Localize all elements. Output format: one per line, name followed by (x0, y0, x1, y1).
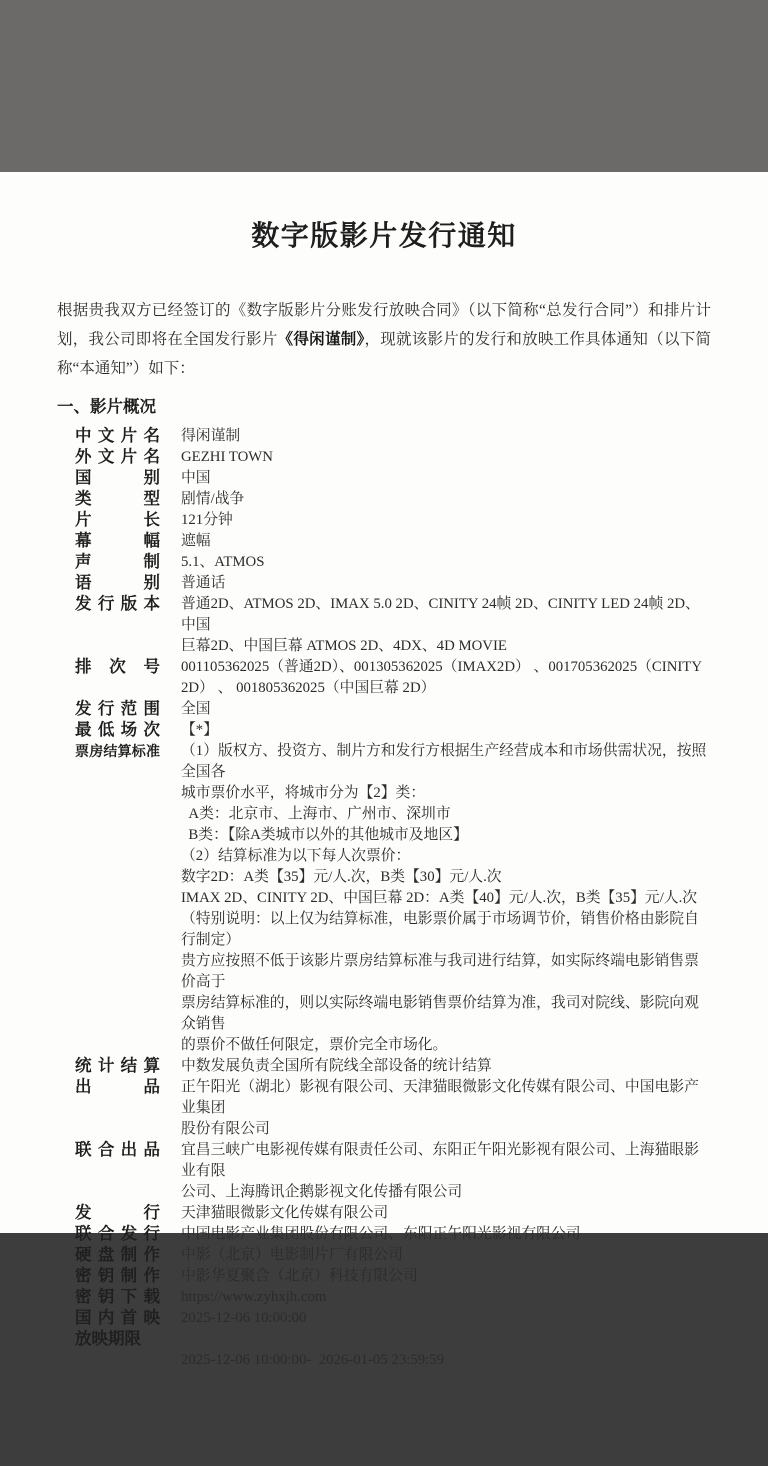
field-value: 5.1、ATMOS (181, 552, 711, 573)
field-label: 发行版本 (75, 594, 160, 615)
field-label: 最低场次 (75, 720, 160, 741)
field-label: 声制 (75, 552, 160, 573)
field-label: 国别 (75, 468, 160, 489)
field-label: 排次号 (75, 657, 160, 678)
field-value: 121分钟 (181, 510, 711, 531)
field-row: 幕幅 遮幅 (75, 531, 711, 552)
field-row: 出品 正午阳光（湖北）影视有限公司、天津猫眼微影文化传媒有限公司、中国电影产业集… (75, 1077, 711, 1140)
field-value: 遮幅 (181, 531, 711, 552)
document-page: 数字版影片发行通知 根据贵我双方已经签订的《数字版影片分账发行放映合同》（以下简… (0, 172, 768, 1233)
top-gray-band (0, 0, 768, 172)
field-value: 中影华夏聚合（北京）科技有限公司 (181, 1266, 711, 1287)
document-photo: 数字版影片发行通知 根据贵我双方已经签订的《数字版影片分账发行放映合同》（以下简… (0, 0, 768, 1466)
field-value: 【*】 (181, 720, 711, 741)
field-row: 排次号 001105362025（普通2D）、001305362025（IMAX… (75, 657, 711, 699)
field-label: 类型 (75, 489, 160, 510)
field-label: 外文片名 (75, 447, 160, 468)
field-row: 发行范围 全国 (75, 699, 711, 720)
field-row: 发行版本 普通2D、ATMOS 2D、IMAX 5.0 2D、CINITY 24… (75, 594, 711, 657)
field-row: 国别 中国 (75, 468, 711, 489)
field-label: 密钥下载 (75, 1287, 160, 1308)
field-value: 全国 (181, 699, 711, 720)
intro-paragraph: 根据贵我双方已经签订的《数字版影片分账发行放映合同》（以下简称“总发行合同”）和… (57, 296, 711, 383)
field-value: 2025-12-06 10:00:00- 2026-01-05 23:59:59 (181, 1329, 711, 1371)
field-value: 2025-12-06 10:00:00 (181, 1308, 711, 1329)
field-label: 中文片名 (75, 426, 160, 447)
field-label: 联合发行 (75, 1224, 160, 1245)
field-value: 正午阳光（湖北）影视有限公司、天津猫眼微影文化传媒有限公司、中国电影产业集团 股… (181, 1077, 711, 1140)
field-label: 票房结算标准 (75, 741, 160, 762)
field-row: 联合出品 宜昌三峡广电影视传媒有限责任公司、东阳正午阳光影视有限公司、上海猫眼影… (75, 1140, 711, 1203)
field-row: 语别 普通话 (75, 573, 711, 594)
field-value: 中数发展负责全国所有院线全部设备的统计结算 (181, 1056, 711, 1077)
field-value: 得闲谨制 (181, 426, 711, 447)
field-row: 发行 天津猫眼微影文化传媒有限公司 (75, 1203, 711, 1224)
field-row: 票房结算标准 （1）版权方、投资方、制片方和发行方根据生产经营成本和市场供需状况… (75, 741, 711, 1056)
field-value: 宜昌三峡广电影视传媒有限责任公司、东阳正午阳光影视有限公司、上海猫眼影业有限 公… (181, 1140, 711, 1203)
field-row: 中文片名 得闲谨制 (75, 426, 711, 447)
field-value: 普通2D、ATMOS 2D、IMAX 5.0 2D、CINITY 24帧 2D、… (181, 594, 711, 657)
field-value: 中影（北京）电影制片厂有限公司 (181, 1245, 711, 1266)
field-label: 联合出品 (75, 1140, 160, 1161)
field-label: 放映期限 (75, 1329, 160, 1350)
field-row: 片长 121分钟 (75, 510, 711, 531)
field-label: 国内首映 (75, 1308, 160, 1329)
field-label: 发行 (75, 1203, 160, 1224)
film-title-bold: 《得闲谨制》 (278, 331, 365, 348)
field-row: 类型 剧情/战争 (75, 489, 711, 510)
field-value: https://www.zyhxjh.com (181, 1287, 711, 1308)
field-label: 出品 (75, 1077, 160, 1098)
field-label: 统计结算 (75, 1056, 160, 1077)
field-row: 最低场次 【*】 (75, 720, 711, 741)
section-heading: 一、影片概况 (57, 397, 711, 418)
field-label: 语别 (75, 573, 160, 594)
page-title: 数字版影片发行通知 (57, 218, 711, 254)
field-label: 幕幅 (75, 531, 160, 552)
field-label: 发行范围 (75, 699, 160, 720)
field-value: 中国 (181, 468, 711, 489)
field-value: （1）版权方、投资方、制片方和发行方根据生产经营成本和市场供需状况，按照全国各 … (181, 741, 711, 1056)
field-value: GEZHI TOWN (181, 447, 711, 468)
field-row: 统计结算 中数发展负责全国所有院线全部设备的统计结算 (75, 1056, 711, 1077)
field-value: 天津猫眼微影文化传媒有限公司 (181, 1203, 711, 1224)
field-row: 外文片名 GEZHI TOWN (75, 447, 711, 468)
field-value: 中国电影产业集团股份有限公司、东阳正午阳光影视有限公司 (181, 1224, 711, 1245)
field-value: 001105362025（普通2D）、001305362025（IMAX2D） … (181, 657, 711, 699)
field-value: 普通话 (181, 573, 711, 594)
field-label: 密钥制作 (75, 1266, 160, 1287)
field-label: 片长 (75, 510, 160, 531)
field-value: 剧情/战争 (181, 489, 711, 510)
field-row: 声制 5.1、ATMOS (75, 552, 711, 573)
field-label: 硬盘制作 (75, 1245, 160, 1266)
field-list: 中文片名 得闲谨制 外文片名 GEZHI TOWN 国别 中国 类型 剧情/战争… (57, 426, 711, 1371)
